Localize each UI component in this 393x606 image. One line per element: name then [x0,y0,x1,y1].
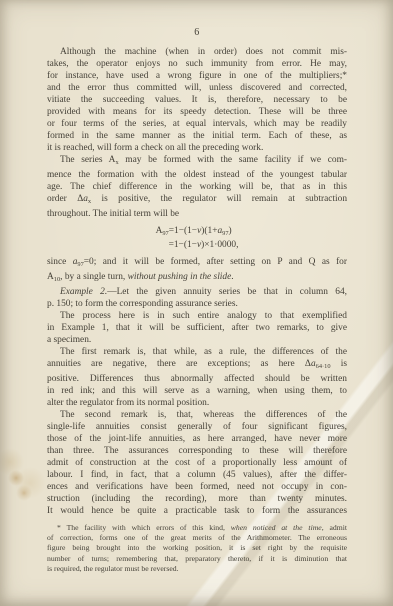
text-line: it is reached, will form a check on all … [47,142,347,154]
text-line: in Example 1, that it will be sufficient… [47,322,347,334]
text-line: and the error thus committed will, unles… [47,82,347,94]
text-line: figure being brought into the working po… [47,543,347,553]
text-line: those of the joint-life annuities, as he… [47,433,347,445]
formula-lines: A97=1−(1−v)(1+a97)=1−(1−v)×1·0000, [156,225,239,252]
text-line: formed in the same manner as the initial… [47,130,347,142]
text-line: p. 150; to form the corresponding assura… [47,298,347,310]
text-line: takes, the operator enjoys no such immun… [47,58,347,70]
text-line: A10, by a single turn, without pushing i… [47,271,347,286]
text-line: order Δax is positive, the regulator wil… [47,193,347,208]
text-line: than three. The assurances corresponding… [47,445,347,457]
text-line: struction (including the recording), mor… [47,493,347,505]
paragraph: Example 2.—Let the given annuity series … [47,286,347,310]
text-line: is required, the regulator must be rever… [47,564,347,574]
book-page: 6 Although the machine (when in order) d… [0,0,393,606]
footnote: * The facility with which errors of this… [47,523,347,574]
paragraph: The process here is in such entire analo… [47,310,347,346]
text-line: The first remark is, that while, as a ru… [47,346,347,358]
text-line: age. The chief difference in the working… [47,181,347,193]
paragraph: The series Ax may be formed with the sam… [47,154,347,220]
text-line: throughout. The initial term will be [47,208,347,220]
text-line: labour. I find, in fact, that a column (… [47,469,347,481]
text-line: ences and verifications have been formed… [47,481,347,493]
text-line: in red ink; and this will serve as a war… [47,385,347,397]
text-line: Example 2.—Let the given annuity series … [47,286,347,298]
paragraph: Although the machine (when in order) doe… [47,46,347,154]
text-line: number of turns; remembering that, prepa… [47,554,347,564]
text-line: or four terms of the series, at equal in… [47,118,347,130]
text-line: of correction, forms one of the great me… [47,533,347,543]
text-line: =1−(1−v)×1·0000, [156,239,239,251]
formula: A97=1−(1−v)(1+a97)=1−(1−v)×1·0000, [47,225,347,252]
text-line: single-life annuities consist generally … [47,421,347,433]
text-line: Although the machine (when in order) doe… [47,46,347,58]
text-line: The second remark is, that, whereas the … [47,409,347,421]
paragraph: The second remark is, that, whereas the … [47,409,347,517]
text-line: vitiate the succeeding values. It is, th… [47,94,347,106]
text-line: It would hence be quite a practicable ta… [47,505,347,517]
text-line: provided with means for its speedy detec… [47,106,347,118]
text-line: The series Ax may be formed with the sam… [47,154,347,169]
text-line: * The facility with which errors of this… [47,523,347,533]
text-line: The process here is in such entire analo… [47,310,347,322]
text-line: annuities are negative, there are except… [47,358,347,373]
text-line: admit of construction at the cost of a p… [47,457,347,469]
text-line: since a97=0; and it will be formed, afte… [47,256,347,271]
text-line: a specimen. [47,334,347,346]
page-text: Although the machine (when in order) doe… [47,46,347,574]
text-line: mence the formation with the oldest inst… [47,169,347,181]
page-number: 6 [47,27,347,38]
text-line: A97=1−(1−v)(1+a97) [156,225,239,240]
text-line: alter the regulator from its normal posi… [47,397,347,409]
paragraph: The first remark is, that while, as a ru… [47,346,347,409]
text-line: for instance, have used a wrong figure i… [47,70,347,82]
text-line: positive. Differences thus abnormally af… [47,373,347,385]
paragraph: since a97=0; and it will be formed, afte… [47,256,347,286]
